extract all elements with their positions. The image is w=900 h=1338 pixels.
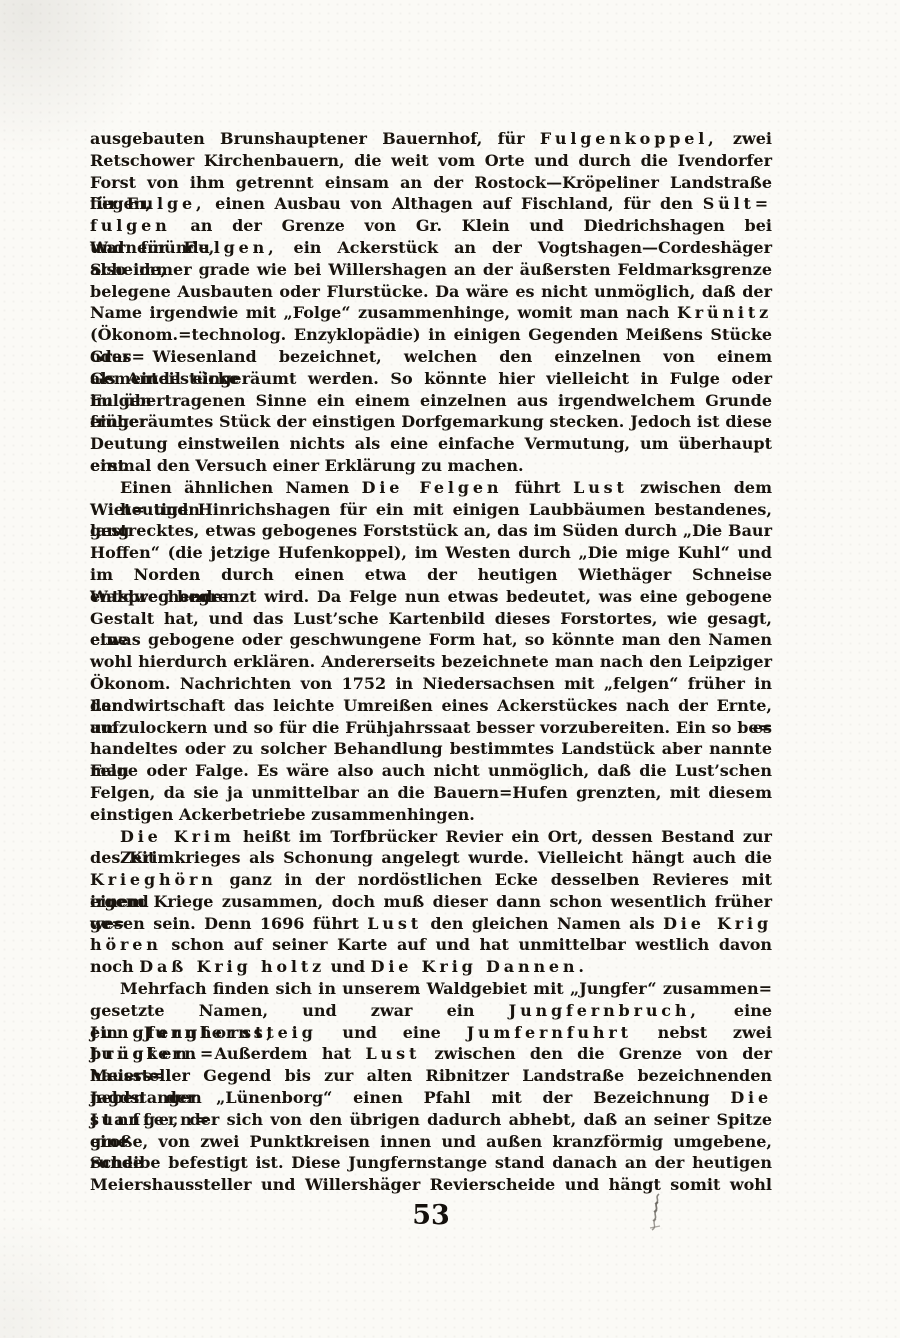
- text-line: Ökonom. Nachrichten von 1752 in Niedersa…: [90, 673, 772, 695]
- page-text: ausgebauten Brunshauptener Bauernhof, fü…: [90, 128, 772, 1196]
- text-segment: einstigen Ackerbetriebe zusammenhingen.: [90, 805, 475, 824]
- emphasized-place-name: Lust: [366, 1044, 421, 1063]
- emphasized-place-name: Fulgenkoppel,: [540, 129, 718, 148]
- text-line: brücken. Außerdem hat Lust zwischen den …: [90, 1043, 772, 1065]
- emphasized-place-name: Die Krig Dannen.: [371, 957, 588, 976]
- text-segment: Außerdem hat: [200, 1044, 365, 1063]
- text-segment: Meiershaussteller und Willershäger Revie…: [90, 1175, 772, 1194]
- emphasized-place-name: brücken.: [90, 1044, 200, 1063]
- emphasized-place-name: hören: [90, 935, 162, 954]
- text-line: haussteller Gegend bis zur alten Ribnitz…: [90, 1065, 772, 1087]
- emphasized-place-name: Krünitz: [677, 303, 772, 322]
- text-segment: wohl hierdurch erklären. Andererseits be…: [90, 652, 772, 671]
- text-segment: den gleichen Namen als: [422, 914, 663, 933]
- text-line: Name irgendwie mit „Folge“ zusammenhinge…: [90, 302, 772, 324]
- text-segment: etwas gebogene oder geschwungene Form ha…: [90, 630, 772, 649]
- emphasized-place-name: Fulge,: [127, 194, 206, 213]
- text-segment: wesen sein. Denn 1696 führt: [90, 914, 367, 933]
- text-line: belegene Ausbauten oder Flurstücke. Da w…: [90, 281, 772, 303]
- text-line: wesen sein. Denn 1696 führt Lust den gle…: [90, 913, 772, 935]
- text-line: Gestalt hat, und das Lust’sche Kartenbil…: [90, 608, 772, 630]
- text-line: handeltes oder zu solcher Behandlung bes…: [90, 738, 772, 760]
- text-segment: und: [325, 957, 371, 976]
- emphasized-place-name: Die Krig: [663, 914, 772, 933]
- text-line: Scheibe befestigt ist. Diese Jungfernsta…: [90, 1152, 772, 1174]
- emphasized-place-name: Krieghörn: [90, 870, 217, 889]
- text-line: Einen ähnlichen Namen Die Felgen führt L…: [90, 477, 772, 499]
- emphasized-place-name: Die Krim: [120, 827, 235, 846]
- emphasized-place-name: Daß Krig holtz: [139, 957, 325, 976]
- emphasized-place-name: stange,: [90, 1110, 182, 1129]
- text-segment: aufzulockern und so für die Frühjahrssaa…: [90, 718, 772, 737]
- text-line: wohl hierdurch erklären. Andererseits be…: [90, 651, 772, 673]
- text-line: des Krimkrieges als Schonung angelegt wu…: [90, 847, 772, 869]
- text-segment: Felge oder Falge. Es wäre also auch nich…: [90, 761, 772, 780]
- text-line: stange, der sich von den übrigen dadurch…: [90, 1109, 772, 1131]
- text-line: und für Fulgen, ein Ackerstück an der Vo…: [90, 237, 772, 259]
- emphasized-place-name: Lust: [367, 914, 422, 933]
- text-line: einmal den Versuch einer Erklärung zu ma…: [90, 455, 772, 477]
- text-segment: für: [90, 194, 127, 213]
- text-line: Felgen, da sie ja unmittelbar an die Bau…: [90, 782, 772, 804]
- text-line: ein Jungfernsteig und eine Jumfernfuhrt …: [90, 1022, 772, 1044]
- text-line: im Norden durch einen etwa der heutigen …: [90, 564, 772, 586]
- text-line: (Ökonom.=technolog. Enzyklopädie) in ein…: [90, 324, 772, 346]
- text-line: eingeräumtes Stück der einstigen Dorfgem…: [90, 411, 772, 433]
- emphasized-place-name: Lust: [573, 478, 628, 497]
- text-line: im übertragenen Sinne ein einem einzelne…: [90, 390, 772, 412]
- text-segment: führt: [502, 478, 573, 497]
- text-segment: einen Ausbau von Althagen auf Fischland,…: [205, 194, 702, 213]
- text-line: Forst von ihm getrennt einsam an der Ros…: [90, 172, 772, 194]
- emphasized-place-name: Jungfernsteig: [144, 1023, 317, 1042]
- text-segment: Felgen, da sie ja unmittelbar an die Bau…: [90, 783, 772, 802]
- text-line: Waldweg begrenzt wird. Da Felge nun etwa…: [90, 586, 772, 608]
- text-segment: Hoffen“ (die jetzige Hufenkoppel), im We…: [90, 543, 772, 562]
- text-line: einem Kriege zusammen, doch muß dieser d…: [90, 891, 772, 913]
- text-line: neben der „Lünenborg“ einen Pfahl mit de…: [90, 1087, 772, 1109]
- text-line: Mehrfach finden sich in unserem Waldgebi…: [90, 978, 772, 1000]
- text-segment: Einen ähnlichen Namen: [120, 478, 362, 497]
- text-line: einstigen Ackerbetriebe zusammenhingen.: [90, 804, 772, 826]
- text-line: Hoffen“ (die jetzige Hufenkoppel), im We…: [90, 542, 772, 564]
- text-segment: noch: [90, 957, 139, 976]
- text-segment: ausgebauten Brunshauptener Bauernhof, fü…: [90, 129, 540, 148]
- text-line: große, von zwei Punktkreisen innen und a…: [90, 1131, 772, 1153]
- text-segment: zwei: [718, 129, 772, 148]
- text-line: für Fulge, einen Ausbau von Althagen auf…: [90, 193, 772, 215]
- text-segment: gesetzte Namen, und zwar ein: [90, 1001, 509, 1020]
- text-line: Krieghörn ganz in der nordöstlichen Ecke…: [90, 869, 772, 891]
- ink-smudge: [645, 1192, 667, 1242]
- text-segment: und eine: [317, 1023, 467, 1042]
- text-segment: Mehrfach finden sich in unserem Waldgebi…: [120, 979, 772, 998]
- text-segment: und für: [90, 238, 183, 257]
- emphasized-place-name: Jumfernfuhrt: [467, 1023, 632, 1042]
- text-line: hören schon auf seiner Karte auf und hat…: [90, 934, 772, 956]
- text-line: fulgen an der Grenze von Gr. Klein und D…: [90, 215, 772, 237]
- text-segment: eingeräumtes Stück der einstigen Dorfgem…: [90, 412, 772, 431]
- scanned-book-page: ausgebauten Brunshauptener Bauernhof, fü…: [0, 0, 900, 1338]
- emphasized-place-name: fulgen: [90, 216, 171, 235]
- text-line: Retschower Kirchenbauern, die weit vom O…: [90, 150, 772, 172]
- text-segment: des Krimkrieges als Schonung angelegt wu…: [90, 848, 772, 867]
- text-line: als Anteil eingeräumt werden. So könnte …: [90, 368, 772, 390]
- text-line: Die Krim heißt im Torfbrücker Revier ein…: [90, 826, 772, 848]
- text-segment: neben der „Lünenborg“ einen Pfahl mit de…: [90, 1088, 730, 1107]
- text-line: gestrecktes, etwas gebogenes Forststück …: [90, 520, 772, 542]
- text-segment: Retschower Kirchenbauern, die weit vom O…: [90, 151, 772, 170]
- text-line: also immer grade wie bei Willershagen an…: [90, 259, 772, 281]
- emphasized-place-name: Die Felgen: [362, 478, 503, 497]
- text-line: Meiershaussteller und Willershäger Revie…: [90, 1174, 772, 1196]
- text-line: oder Wiesenland bezeichnet, welchen den …: [90, 346, 772, 368]
- text-segment: schon auf seiner Karte auf und hat unmit…: [162, 935, 772, 954]
- text-line: gesetzte Namen, und zwar ein Jungfernbru…: [90, 1000, 772, 1022]
- text-segment: einmal den Versuch einer Erklärung zu ma…: [90, 456, 524, 475]
- text-segment: Waldweg begrenzt wird. Da Felge nun etwa…: [90, 587, 772, 606]
- emphasized-place-name: Fulgen,: [183, 238, 277, 257]
- text-line: Wiet= und Hinrichshagen für ein mit eini…: [90, 499, 772, 521]
- text-segment: eine: [700, 1001, 772, 1020]
- text-line: ausgebauten Brunshauptener Bauernhof, fü…: [90, 128, 772, 150]
- text-segment: belegene Ausbauten oder Flurstücke. Da w…: [90, 282, 772, 301]
- text-line: noch Daß Krig holtz und Die Krig Dannen.: [90, 956, 772, 978]
- text-line: Deutung einstweilen nichts als eine einf…: [90, 433, 772, 455]
- text-line: aufzulockern und so für die Frühjahrssaa…: [90, 717, 772, 739]
- page-number: 53: [90, 1200, 772, 1231]
- text-line: etwas gebogene oder geschwungene Form ha…: [90, 629, 772, 651]
- text-line: Landwirtschaft das leichte Umreißen eine…: [90, 695, 772, 717]
- emphasized-place-name: Jungfernbruch,: [509, 1001, 700, 1020]
- text-line: Felge oder Falge. Es wäre also auch nich…: [90, 760, 772, 782]
- text-segment: also immer grade wie bei Willershagen an…: [90, 260, 772, 279]
- text-segment: ein: [90, 1023, 144, 1042]
- emphasized-place-name: Sült=: [703, 194, 772, 213]
- text-segment: nebst zwei: [632, 1023, 772, 1042]
- text-segment: Scheibe befestigt ist. Diese Jungfernsta…: [90, 1153, 772, 1172]
- text-segment: Name irgendwie mit „Folge“ zusammenhinge…: [90, 303, 677, 322]
- text-segment: gestrecktes, etwas gebogenes Forststück …: [90, 521, 772, 540]
